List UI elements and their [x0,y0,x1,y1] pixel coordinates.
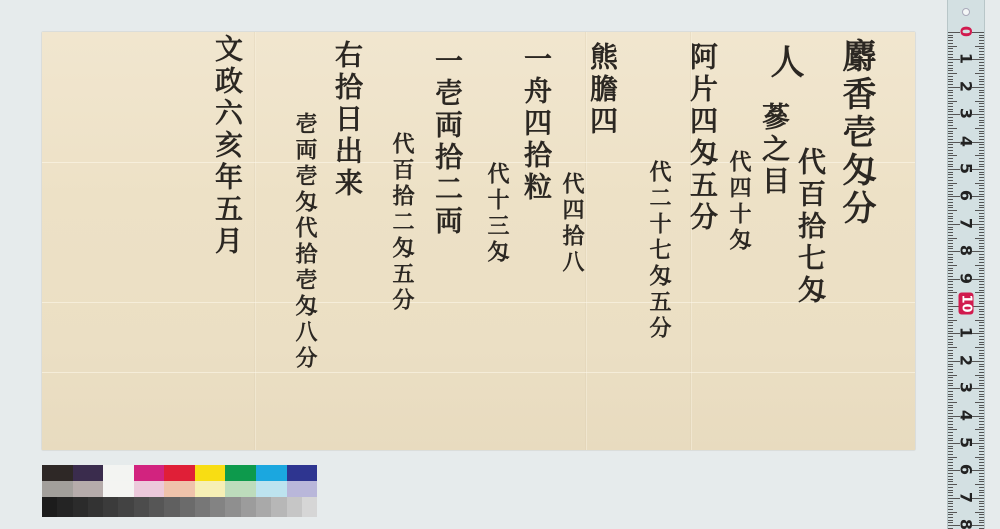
ruler-tick [948,481,953,482]
ruler-tick [948,435,953,436]
ruler-tick [948,122,953,123]
ruler-tick [948,259,953,260]
ruler-tick [979,205,984,206]
ruler-tick [948,432,953,433]
ruler-tick [948,76,953,77]
ruler-tick [948,284,953,285]
ruler-tick [948,43,953,44]
ruler-hole [962,8,970,16]
ruler-tick [948,418,953,419]
color-swatch [256,497,271,517]
ruler-tick [948,317,953,318]
ruler-tick [948,322,953,323]
ruler-tick [948,375,957,376]
color-swatch [42,481,73,497]
ruler-tick [979,377,984,378]
ruler-tick [979,98,984,99]
ruler-tick [948,117,953,118]
ruler-tick [979,331,984,332]
ruler-tick [948,188,953,189]
ruler-tick [948,448,953,449]
ruler-tick [948,125,953,126]
ruler-tick [975,46,984,47]
ruler-tick [948,95,953,96]
ruler-tick [948,413,953,414]
ruler-tick [979,421,984,422]
ruler-label: 1 [957,48,976,70]
ruler-tick [948,205,953,206]
ruler-tick [948,287,953,288]
ruler-tick [948,495,953,496]
ruler-tick [948,207,953,208]
ruler-tick [975,265,984,266]
ruler-tick [975,101,984,102]
ruler-tick [948,254,953,255]
text-column-sub: 代二十七匁五分 [644,160,675,342]
ruler-tick [979,311,984,312]
color-swatch [134,465,165,481]
ruler-tick [948,383,953,384]
ruler-tick [948,421,953,422]
ruler-tick [948,353,953,354]
grayscale-steps [42,497,317,517]
ruler-tick [975,210,984,211]
ruler-tick [979,65,984,66]
ruler-tick [948,438,953,439]
ruler-tick [948,185,953,186]
ruler-tick [948,344,953,345]
ruler-tick [979,276,984,277]
ruler-tick [948,492,953,493]
ruler-tick [979,364,984,365]
color-swatch [134,497,149,517]
ruler-tick [979,158,984,159]
ruler-tick [948,490,953,491]
color-swatch [164,465,195,481]
ruler-tick [979,410,984,411]
ruler-tick [979,405,984,406]
ruler-tick [979,309,984,310]
ruler-tick [948,399,953,400]
ruler-label: 9 [957,267,976,289]
ruler-tick [948,238,957,239]
ruler-tick [979,166,984,167]
ruler-tick [948,257,953,258]
ruler-tick [979,229,984,230]
ruler-tick [979,131,984,132]
ruler-tick [979,407,984,408]
ruler-tick [948,166,953,167]
ruler-tick [948,191,953,192]
measurement-ruler: 01234567891012345678 [947,0,985,529]
color-swatch [256,481,287,497]
ruler-tick [979,90,984,91]
ruler-tick [979,207,984,208]
ruler-tick [979,487,984,488]
ruler-tick [979,468,984,469]
ruler-tick [979,164,984,165]
text-column: 麝香壱匁分 [832,38,881,228]
ruler-tick [948,522,953,523]
ruler-label: 2 [957,75,976,97]
ruler-label: 8 [957,514,976,529]
ruler-tick [979,322,984,323]
ruler-tick [948,301,953,302]
ruler-tick [948,199,953,200]
ruler-tick [979,81,984,82]
ruler-tick [979,185,984,186]
ruler-tick [948,90,953,91]
color-calibration-chart [42,465,317,517]
ruler-tick [948,136,953,137]
ruler-tick [979,479,984,480]
ruler-tick [948,161,953,162]
ruler-tick [979,191,984,192]
ruler-tick [979,144,984,145]
ruler-label: 7 [957,212,976,234]
ruler-tick [979,268,984,269]
color-swatch [287,465,318,481]
ruler-tick [948,109,953,110]
ruler-tick [979,48,984,49]
ruler-tick [948,202,953,203]
ruler-tick [979,133,984,134]
ruler-tick [979,54,984,55]
ruler-tick [948,139,953,140]
ruler-tick [948,262,953,263]
ruler-tick [979,418,984,419]
ruler-tick [948,440,953,441]
ruler-tick [979,174,984,175]
paper-crease [42,372,915,373]
ruler-tick [948,40,953,41]
ruler-tick [979,481,984,482]
ruler-tick [948,331,953,332]
ruler-tick [979,454,984,455]
ruler-tick [948,347,957,348]
ruler-tick [948,92,953,93]
ruler-tick [979,172,984,173]
ruler-tick [948,487,953,488]
ruler-tick [979,76,984,77]
document-paper: 麝香壱匁分 代百拾七匁 人 蔘之目 代四十匁 阿片四匁五分 代二十七匁五分 熊膽… [42,32,915,450]
ruler-tick [979,490,984,491]
ruler-tick [948,268,953,269]
ruler-label: 5 [957,158,976,180]
ruler-label: 8 [957,240,976,262]
ruler-tick [948,243,953,244]
ruler-tick [979,161,984,162]
ruler-tick [979,427,984,428]
ruler-tick [979,344,984,345]
ruler-tick [948,164,953,165]
ruler-tick [948,427,953,428]
text-column-sub: 代四拾八 [557,172,588,276]
ruler-tick [948,314,953,315]
ruler-tick [979,180,984,181]
paper-crease [42,302,915,303]
color-swatch [103,497,118,517]
ruler-tick [975,183,984,184]
color-swatch [256,465,287,481]
date-column: 文政六亥年五月 [207,34,247,258]
ruler-tick [948,465,953,466]
ruler-tick [948,509,953,510]
ruler-tick [979,57,984,58]
color-swatch [103,481,134,497]
color-swatch [42,497,57,517]
color-swatch [195,497,210,517]
ruler-tick [948,79,953,80]
ruler-tick [979,122,984,123]
ruler-label: 0 [957,21,976,43]
ruler-tick [979,383,984,384]
ruler-tick [948,213,953,214]
color-row-saturated [42,465,317,481]
color-swatch [195,465,226,481]
ruler-tick [979,342,984,343]
ruler-tick [979,501,984,502]
ruler-tick [948,246,953,247]
ruler-tick [979,106,984,107]
ruler-label: 1 [957,322,976,344]
ruler-tick [979,391,984,392]
ruler-tick [979,43,984,44]
ruler-tick [979,355,984,356]
ruler-tick [948,235,953,236]
ruler-tick [979,380,984,381]
ruler-tick [948,84,953,85]
ruler-tick [979,290,984,291]
ruler-tick [948,229,953,230]
color-swatch [287,481,318,497]
ruler-tick [948,451,953,452]
ruler-tick [948,520,953,521]
color-swatch [225,481,256,497]
ruler-tick [979,509,984,510]
ruler-tick [948,65,953,66]
ruler-tick [948,503,953,504]
ruler-tick [979,188,984,189]
text-column: 蔘之目 [754,102,794,198]
ruler-tick [979,281,984,282]
ruler-tick [979,438,984,439]
ruler-tick [979,350,984,351]
ruler-tick [948,405,953,406]
color-swatch [302,497,317,517]
ruler-tick [948,281,953,282]
ruler-tick [979,336,984,337]
ruler-tick [948,240,953,241]
ruler-label: 4 [957,130,976,152]
ruler-tick [948,98,953,99]
ruler-tick [979,199,984,200]
ruler-tick [948,194,953,195]
ruler-label: 3 [957,377,976,399]
ruler-tick [948,512,957,513]
ruler-tick [948,290,953,291]
ruler-tick [979,503,984,504]
ruler-tick [979,147,984,148]
ruler-tick [979,194,984,195]
ruler-tick [948,174,953,175]
ruler-tick [979,328,984,329]
color-swatch [180,497,195,517]
ruler-tick [948,514,953,515]
ruler-tick [948,366,953,367]
ruler-tick [979,202,984,203]
ruler-tick [979,314,984,315]
ruler-tick [948,57,953,58]
ruler-tick [979,287,984,288]
ruler-tick [948,517,953,518]
color-row-tint [42,481,317,497]
ruler-tick [948,131,953,132]
ruler-tick [979,298,984,299]
ruler-tick [979,150,984,151]
ruler-tick [948,227,953,228]
ruler-tick [948,155,957,156]
ruler-tick [948,150,953,151]
ruler-tick [948,120,953,121]
ruler-tick [979,62,984,63]
ruler-tick [979,396,984,397]
ruler-tick [975,484,984,485]
ruler-tick [948,377,953,378]
color-swatch [103,465,134,481]
ruler-tick [979,248,984,249]
ruler-tick [979,273,984,274]
ruler-tick [948,506,953,507]
ruler-tick [948,459,953,460]
text-column: 一舟四拾粒 [516,44,556,204]
ruler-tick [948,473,953,474]
color-swatch [241,497,256,517]
ruler-tick [948,180,953,181]
ruler-tick [948,328,953,329]
ruler-tick [948,153,953,154]
ruler-tick [979,68,984,69]
ruler-tick [979,216,984,217]
color-swatch [225,465,256,481]
ruler-tick [948,385,953,386]
text-column-sub: 代四十匁 [724,150,755,254]
color-swatch [149,497,164,517]
ruler-tick [948,311,953,312]
ruler-tick [979,254,984,255]
ruler-label: 7 [957,486,976,508]
ruler-tick [948,35,953,36]
color-swatch [195,481,226,497]
ruler-tick [979,462,984,463]
ruler-tick [979,270,984,271]
ruler-tick [979,522,984,523]
color-swatch [88,497,103,517]
ruler-tick [979,448,984,449]
ruler-tick [979,385,984,386]
ruler-tick [979,465,984,466]
ruler-tick [948,128,957,129]
ruler-tick [948,273,953,274]
color-swatch [225,497,240,517]
ruler-tick [979,153,984,154]
ruler-tick [979,514,984,515]
ruler-tick [979,353,984,354]
ruler-tick [948,358,953,359]
ruler-tick [948,210,957,211]
ruler-tick [979,235,984,236]
ruler-tick [948,468,953,469]
ruler-tick [948,355,953,356]
color-swatch [73,465,104,481]
ruler-tick [948,292,957,293]
ruler-tick [979,103,984,104]
text-column-sub: 壱両壱匁代拾壱匁八分 [290,112,321,372]
ruler-tick [948,144,953,145]
ruler-tick [979,246,984,247]
ruler-tick [948,380,953,381]
ruler-tick [975,402,984,403]
ruler-tick [979,366,984,367]
ruler-tick [948,402,957,403]
color-swatch [271,497,286,517]
ruler-tick [979,317,984,318]
ruler-tick [979,120,984,121]
ruler-tick [948,364,953,365]
color-swatch [118,497,133,517]
ruler-tick [979,339,984,340]
color-swatch [134,481,165,497]
ruler-tick [979,413,984,414]
ruler-tick [975,128,984,129]
ruler-tick [979,506,984,507]
ruler-tick [979,35,984,36]
ruler-label: 4 [957,404,976,426]
ruler-tick [948,70,953,71]
text-column: 一壱両拾二両 [427,46,467,238]
ruler-tick [948,407,953,408]
ruler-tick [948,265,957,266]
ruler-tick [948,339,953,340]
ruler-tick [979,520,984,521]
ruler-tick [979,79,984,80]
ruler-label: 6 [957,185,976,207]
ruler-tick [979,125,984,126]
ruler-tick [948,295,953,296]
ruler-tick [948,476,953,477]
ruler-label: 2 [957,349,976,371]
ruler-tick [975,320,984,321]
ruler-tick [948,216,953,217]
color-swatch [73,497,88,517]
ruler-tick [975,292,984,293]
ruler-tick [975,238,984,239]
text-column-sub: 代百拾七匁 [790,147,830,307]
ruler-label: 6 [957,459,976,481]
ruler-tick [948,372,953,373]
ruler-tick [979,394,984,395]
ruler-tick [979,303,984,304]
ruler-tick [948,391,953,392]
ruler-tick [948,350,953,351]
ruler-tick [979,473,984,474]
ruler-tick [948,309,953,310]
ruler-tick [979,369,984,370]
color-swatch [57,497,72,517]
ruler-tick [979,432,984,433]
ruler-tick [948,111,953,112]
ruler-tick [975,429,984,430]
